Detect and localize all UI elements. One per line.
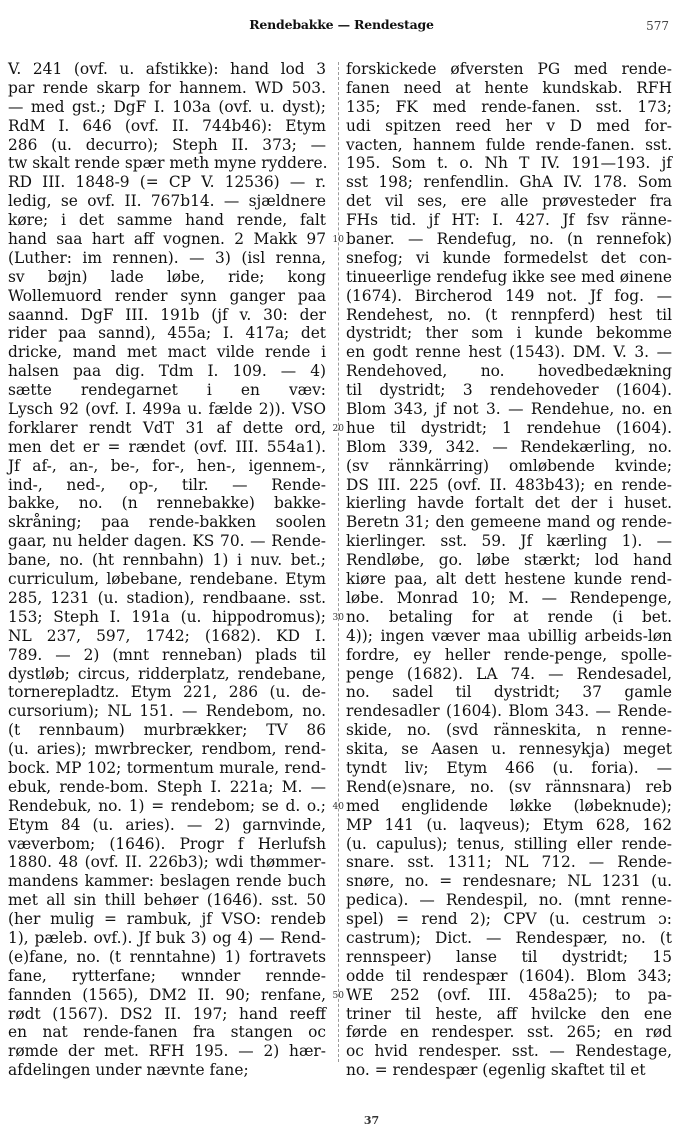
text-line: Rendehoved, no. hovedbedækning — [346, 362, 672, 381]
text-line: skråning; paa rende-bakken soolen — [8, 513, 326, 532]
text-line: Lysch 92 (ovf. I. 499a u. fælde 2)). VSO — [8, 400, 326, 419]
text-line: tornerepladtz. Etym 221, 286 (u. de- — [8, 683, 326, 702]
text-line: fordre, ey heller rende-penge, spolle- — [346, 646, 672, 665]
text-line: pedica). — Rendespil, no. (mnt renne- — [346, 891, 672, 910]
text-line: baner. — Rendefug, no. (n rennefok) — [346, 230, 672, 249]
text-line: (Luther: im rennen). — 3) (isl renna, — [8, 249, 326, 268]
text-line: til dystridt; 3 rendehoveder (1604). — [346, 381, 672, 400]
text-line: forskickede øfversten PG med rende- — [346, 60, 672, 79]
text-line: rødt (1567). DS2 II. 197; hand reeff — [8, 1005, 326, 1024]
text-line: udi spitzen reed her v D med for- — [346, 117, 672, 136]
right-column: forskickede øfversten PG med rende-fanen… — [346, 60, 672, 1080]
text-line: (u. capulus); tenus, stilling eller rend… — [346, 835, 672, 854]
text-line: no. sadel til dystridt; 37 gamle — [346, 683, 672, 702]
text-line: DS III. 225 (ovf. II. 483b43); en rende- — [346, 476, 672, 495]
text-line: gaar, nu helder dagen. KS 70. — Rende- — [8, 532, 326, 551]
text-line: afdelingen under nævnte fane; — [8, 1061, 326, 1080]
text-line: (e)fane, no. (t renntahne) 1) fortravets — [8, 948, 326, 967]
text-line: tw skalt rende spær meth myne ryddere. — [8, 154, 326, 173]
text-line: kierlinger. sst. 59. Jf kærling 1). — — [346, 532, 672, 551]
text-line: cursorium); NL 151. — Rendebom, no. — [8, 702, 326, 721]
text-line: NL 237, 597, 1742; (1682). KD I. — [8, 627, 326, 646]
text-line: Beretn 31; den gemeene mand og rende- — [346, 513, 672, 532]
text-line: fannden (1565), DM2 II. 90; renfane, — [8, 986, 326, 1005]
text-line: mandens kammer: beslagen rende buch — [8, 872, 326, 891]
text-line: oc hvid rendesper. sst. — Rendestage, — [346, 1042, 672, 1061]
text-line: snare. sst. 1311; NL 712. — Rende- — [346, 853, 672, 872]
text-line: 1880. 48 (ovf. II. 226b3); wdi thømmer- — [8, 853, 326, 872]
text-line: men det er = rændet (ovf. III. 554a1). — [8, 438, 326, 457]
column-divider — [338, 62, 339, 1062]
text-line: Blom 343, jf not 3. — Rendehue, no. en — [346, 400, 672, 419]
text-line: V. 241 (ovf. u. afstikke): hand lod 3 — [8, 60, 326, 79]
running-title: Rendebakke — Rendestage — [0, 17, 683, 32]
text-line: Rendehest, no. (t rennpferd) hest til — [346, 306, 672, 325]
text-line: ebuk, rende-bom. Steph I. 221a; M. — — [8, 778, 326, 797]
text-line: hue til dystridt; 1 rendehue (1604). — [346, 419, 672, 438]
text-line: 135; FK med rende-fanen. sst. 173; — [346, 98, 672, 117]
text-line: 1), pæleb. ovf.). Jf buk 3) og 4) — Rend… — [8, 929, 326, 948]
left-column: V. 241 (ovf. u. afstikke): hand lod 3par… — [8, 60, 326, 1080]
text-line: triner til heste, aff hvilcke den ene — [346, 1005, 672, 1024]
text-line: dricke, mand met mact vilde rende i — [8, 343, 326, 362]
text-line: væverbom; (1646). Progr f Herlufsh — [8, 835, 326, 854]
text-line: penge (1682). LA 74. — Rendesadel, — [346, 665, 672, 684]
text-line: køre; i det samme hand rende, falt — [8, 211, 326, 230]
text-line: (t rennbaum) murbrækker; TV 86 — [8, 721, 326, 740]
text-line: par rende skarp for hannem. WD 503. — [8, 79, 326, 98]
text-line: no. = rendespær (egenlig skaftet til et — [346, 1061, 672, 1080]
text-line: ledig, se ovf. II. 767b14. — sjældnere — [8, 192, 326, 211]
text-line: halsen paa dig. Tdm I. 109. — 4) — [8, 362, 326, 381]
text-line: bane, no. (ht rennbahn) 1) i nuv. bet.; — [8, 551, 326, 570]
text-line: (sv rännkärring) omløbende kvinde; — [346, 457, 672, 476]
text-line: 195. Som t. o. Nh T IV. 191—193. jf — [346, 154, 672, 173]
text-line: bock. MP 102; tormentum murale, rend- — [8, 759, 326, 778]
text-line: RdM I. 646 (ovf. II. 744b46): Etym — [8, 117, 326, 136]
text-line: med englidende løkke (løbeknude); — [346, 797, 672, 816]
text-line: Rendebuk, no. 1) = rendebom; se d. o.; — [8, 797, 326, 816]
text-line: no. betaling for at rende (i bet. — [346, 608, 672, 627]
text-line: ind-, ned-, op-, tilr. — Rende- — [8, 476, 326, 495]
text-line: kierling havde fortalt det der i huset. — [346, 494, 672, 513]
line-number: 10 — [326, 235, 344, 245]
text-line: forklarer rendt VdT 31 af dette ord, — [8, 419, 326, 438]
text-line: tyndt liv; Etym 466 (u. foria). — — [346, 759, 672, 778]
text-line: RD III. 1848-9 (= CP V. 12536) — r. — [8, 173, 326, 192]
text-line: curriculum, løbebane, rendebane. Etym — [8, 570, 326, 589]
line-number: 50 — [326, 991, 344, 1001]
text-line: (u. aries); mwrbrecker, rendbom, rend- — [8, 740, 326, 759]
text-line: Rend(e)snare, no. (sv rännsnara) reb — [346, 778, 672, 797]
text-line: 286 (u. decurro); Steph II. 373; — — [8, 136, 326, 155]
text-line: vacten, hannem fulde rende-fanen. sst. — [346, 136, 672, 155]
text-line: det vil ses, ere alle prøvesteder fra — [346, 192, 672, 211]
text-line: spel) = rend 2); CPV (u. cestrum ɔ: — [346, 910, 672, 929]
text-line: dystridt; ther som i kunde bekomme — [346, 324, 672, 343]
text-line: en godt renne hest (1543). DM. V. 3. — — [346, 343, 672, 362]
text-line: 4)); ingen væver maa ubillig arbeids-løn — [346, 627, 672, 646]
line-number: 30 — [326, 613, 344, 623]
text-line: castrum); Dict. — Rendespær, no. (t — [346, 929, 672, 948]
text-line: rendesadler (1604). Blom 343. — Rende- — [346, 702, 672, 721]
text-line: kiøre paa, alt dett hestene kunde rend- — [346, 570, 672, 589]
text-line: WE 252 (ovf. III. 458a25); to pa- — [346, 986, 672, 1005]
text-line: 789. — 2) (mnt renneban) plads til — [8, 646, 326, 665]
text-line: FHs tid. jf HT: I. 427. Jf fsv ränne- — [346, 211, 672, 230]
text-line: met all sin thill behøer (1646). sst. 50 — [8, 891, 326, 910]
line-number: 20 — [326, 424, 344, 434]
line-number: 40 — [326, 802, 344, 812]
running-head: Rendebakke — Rendestage 577 — [0, 15, 683, 35]
text-line: snefog; vi kunde formedelst det con- — [346, 249, 672, 268]
text-line: bakke, no. (n rennebakke) bakke- — [8, 494, 326, 513]
text-line: fanen need at hente kundskab. RFH — [346, 79, 672, 98]
text-line: sst 198; renfendlin. GhA IV. 178. Som — [346, 173, 672, 192]
text-line: 153; Steph I. 191a (u. hippodromus); — [8, 608, 326, 627]
text-line: sætte rendegarnet i en væv: — [8, 381, 326, 400]
text-line: skide, no. (svd ränneskita, n renne- — [346, 721, 672, 740]
text-line: MP 141 (u. laqveus); Etym 628, 162 — [346, 816, 672, 835]
text-line: snøre, no. = rendesnare; NL 1231 (u. — [346, 872, 672, 891]
text-line: saannd. DgF III. 191b (jf v. 30: der — [8, 306, 326, 325]
text-line: odde til rendespær (1604). Blom 343; — [346, 967, 672, 986]
text-line: hand saa hart aff vognen. 2 Makk 97 — [8, 230, 326, 249]
text-line: fane, rytterfane; wnnder renndе- — [8, 967, 326, 986]
text-line: Blom 339, 342. — Rendekærling, no. — [346, 438, 672, 457]
text-line: dystløb; circus, ridderplatz, rendebane, — [8, 665, 326, 684]
text-line: Etym 84 (u. aries). — 2) garnvinde, — [8, 816, 326, 835]
text-line: (1674). Bircherod 149 not. Jf fog. — — [346, 287, 672, 306]
text-line: Rendløbe, go. løbe stærkt; lod hand — [346, 551, 672, 570]
signature-mark: 37 — [0, 1114, 683, 1127]
text-line: Wollemuord render synn ganger paa — [8, 287, 326, 306]
text-line: (her mulig = rambuk, jf VSO: rendeb — [8, 910, 326, 929]
text-line: førde en rendesper. sst. 265; en rød — [346, 1023, 672, 1042]
text-line: Jf af-, an-, be-, for-, hen-, igennem-, — [8, 457, 326, 476]
text-line: rider paa sannd), 455a; I. 417a; det — [8, 324, 326, 343]
text-line: 285, 1231 (u. stadion), rendbaane. sst. — [8, 589, 326, 608]
text-line: sv bøjn) lade løbe, ride; kong — [8, 268, 326, 287]
text-line: en nat rende-fanen fra stangen oc — [8, 1023, 326, 1042]
page-number: 577 — [646, 19, 669, 33]
text-line: — med gst.; DgF I. 103a (ovf. u. dyst); — [8, 98, 326, 117]
text-line: løbe. Monrad 10; M. — Rendepenge, — [346, 589, 672, 608]
text-line: skita, se Aasen u. rennesykja) meget — [346, 740, 672, 759]
text-line: tinueerlige rendefug ikke see med øinene — [346, 268, 672, 287]
text-line: rennspeer) lanse til dystridt; 15 — [346, 948, 672, 967]
text-line: rømde der met. RFH 195. — 2) hær- — [8, 1042, 326, 1061]
